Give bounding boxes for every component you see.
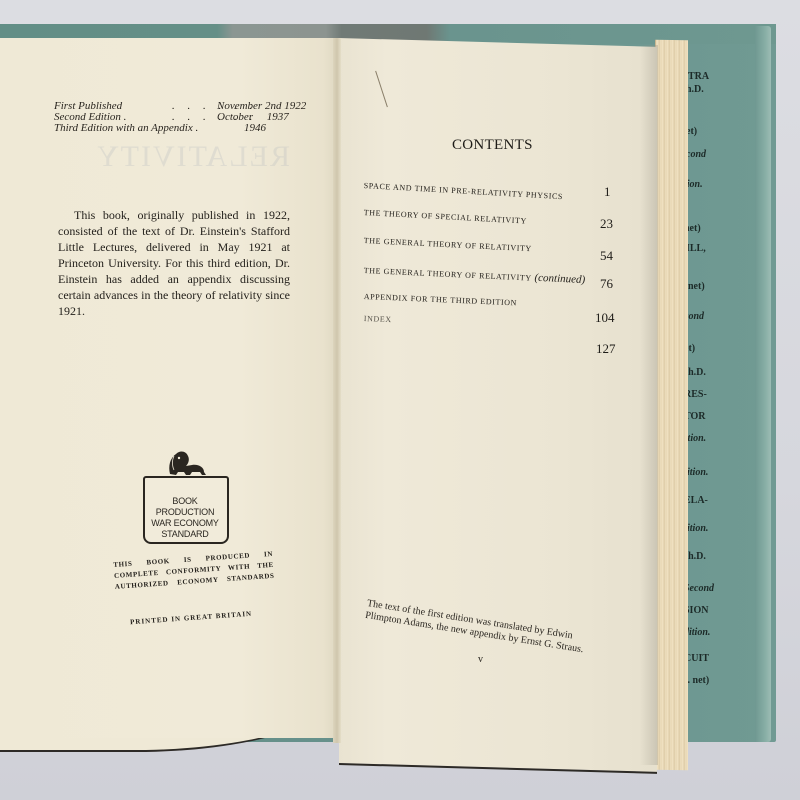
- toc-entry-title: INDEX: [364, 314, 392, 324]
- book-photo: TRAh.D.et)condtion.net)ILL,net)condet)Ph…: [0, 0, 800, 800]
- toc-entry: SPACE AND TIME IN PRE-RELATIVITY PHYSICS: [364, 181, 614, 195]
- edition-row: Third Edition with an Appendix . 1946: [54, 123, 304, 134]
- book-gutter: [333, 38, 341, 743]
- jacket-text-fragment: cond: [686, 150, 706, 160]
- jacket-text-fragment: net): [688, 282, 705, 292]
- bleed-through-title: RELATIVITY: [95, 140, 290, 174]
- toc-entry: APPENDIX FOR THE THIRD EDITION: [364, 292, 614, 306]
- jacket-text-fragment: TRA: [688, 72, 709, 82]
- page-number: v: [478, 654, 483, 665]
- toc-entry-page: 1: [604, 184, 611, 200]
- jacket-text-fragment: ILL,: [686, 244, 706, 254]
- edition-label: Third Edition with an Appendix .: [54, 123, 198, 134]
- lion-icon: [162, 448, 208, 478]
- toc-entry: INDEX: [364, 314, 614, 328]
- contents-heading: CONTENTS: [452, 137, 533, 154]
- jacket-right-edge: [755, 26, 771, 742]
- jacket-text-fragment: h.D.: [686, 85, 704, 95]
- logo-line: BOOK: [140, 496, 230, 507]
- page-block-edges: [655, 40, 688, 771]
- edition-history: First Published . . . . . . November 2nd…: [54, 101, 304, 134]
- toc-entry: THE GENERAL THEORY OF RELATIVITY (contin…: [364, 264, 614, 278]
- war-economy-standard-logo: BOOK PRODUCTION WAR ECONOMY STANDARD: [140, 448, 230, 530]
- edition-date: 1946: [244, 123, 266, 134]
- logo-line: WAR ECONOMY: [140, 518, 230, 529]
- toc-entry-page: 127: [596, 341, 616, 357]
- toc-entry: THE GENERAL THEORY OF RELATIVITY: [364, 236, 614, 250]
- toc-entry-page: 23: [600, 216, 613, 232]
- page-shadow: [640, 45, 658, 765]
- toc-entry-title: APPENDIX FOR THE THIRD EDITION: [364, 292, 518, 307]
- logo-label: BOOK PRODUCTION WAR ECONOMY STANDARD: [140, 496, 230, 540]
- logo-line: STANDARD: [140, 529, 230, 540]
- jacket-text-fragment: Second: [684, 584, 714, 594]
- logo-line: PRODUCTION: [140, 507, 230, 518]
- toc-entry: THE THEORY OF SPECIAL RELATIVITY: [364, 208, 614, 222]
- toc-entry-page: 54: [600, 248, 613, 264]
- toc-entry-suffix: (continued): [532, 272, 586, 286]
- toc-entry-page: 76: [600, 276, 613, 292]
- book-description: This book, originally published in 1922,…: [58, 207, 290, 319]
